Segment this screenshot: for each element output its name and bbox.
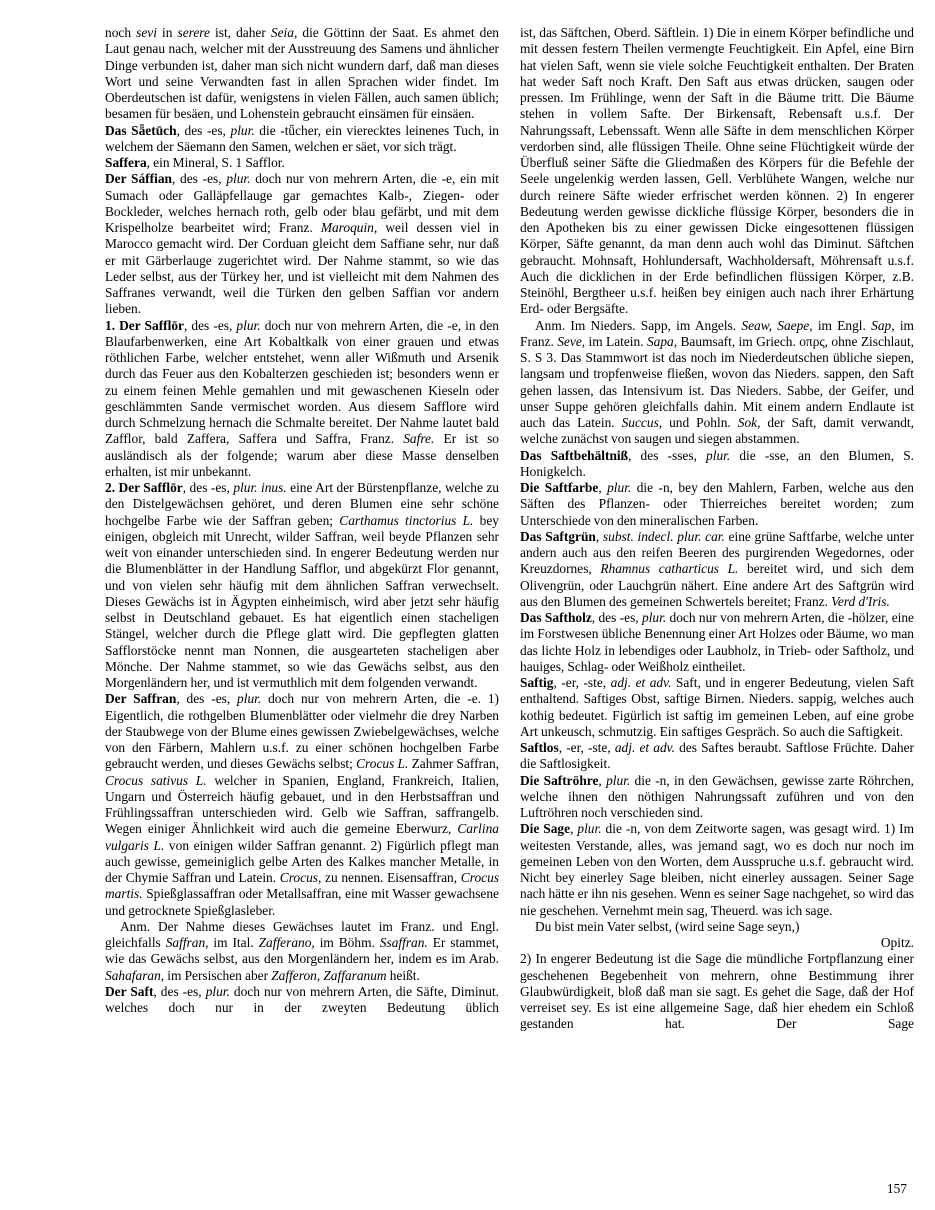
entry-saftroehre: Die Saftröhre, plur. die -n, in den Gewä…: [520, 773, 914, 822]
entry-saftbehaeltniss: Das Saftbehältniß, des -sses, plur. die …: [520, 448, 914, 481]
entry-safflor-2: 2. Der Safflōr, des -es, plur. inus. ein…: [105, 480, 499, 691]
entry-saftig: Saftig, -er, -ste, adj. et adv. Saft, un…: [520, 675, 914, 740]
anm-saffran: Anm. Der Nahme dieses Gewächses lautet i…: [105, 919, 499, 984]
entry-saffera: Saffera, ein Mineral, S. 1 Safflor.: [105, 155, 499, 171]
column-left: noch sevi in serere ist, daher Seia, die…: [105, 25, 499, 1033]
entry-saftlos: Saftlos, -er, -ste, adj. et adv. des Saf…: [520, 740, 914, 773]
entry-saftholz: Das Saftholz, des -es, plur. doch nur vo…: [520, 610, 914, 675]
entry-saftfarbe: Die Saftfarbe, plur. die -n, bey den Mah…: [520, 480, 914, 529]
anm-saft: Anm. Im Nieders. Sapp, im Angels. Seaw, …: [520, 318, 914, 448]
para-sage-2: 2) In engerer Bedeutung ist die Sage die…: [520, 951, 914, 1032]
para-continuation-saeen: noch sevi in serere ist, daher Seia, die…: [105, 25, 499, 123]
verse-sage: Du bist mein Vater selbst, (wird seine S…: [520, 919, 914, 935]
para-continuation-saft: ist, das Säftchen, Oberd. Säftlein. 1) D…: [520, 25, 914, 318]
entry-safflor-1: 1. Der Safflōr, des -es, plur. doch nur …: [105, 318, 499, 481]
verse-attribution-opitz: Opitz.: [520, 935, 914, 951]
entry-saffran: Der Saffran, des -es, plur. doch nur von…: [105, 691, 499, 919]
entry-sage: Die Sage, plur. die -n, von dem Zeitwort…: [520, 821, 914, 919]
entry-saft: Der Saft, des -es, plur. doch nur von me…: [105, 984, 499, 1017]
entry-saffian: Der Sáffian, des -es, plur. doch nur von…: [105, 171, 499, 317]
entry-saftgruen: Das Saftgrün, subst. indecl. plur. car. …: [520, 529, 914, 610]
dictionary-page: noch sevi in serere ist, daher Seia, die…: [0, 0, 935, 1210]
column-right: ist, das Säftchen, Oberd. Säftlein. 1) D…: [520, 25, 914, 1033]
page-number: 157: [887, 1181, 907, 1197]
entry-saeetuch: Das Sǟetūch, des -es, plur. die -tǖcher,…: [105, 123, 499, 156]
text-columns: noch sevi in serere ist, daher Seia, die…: [105, 25, 914, 1033]
